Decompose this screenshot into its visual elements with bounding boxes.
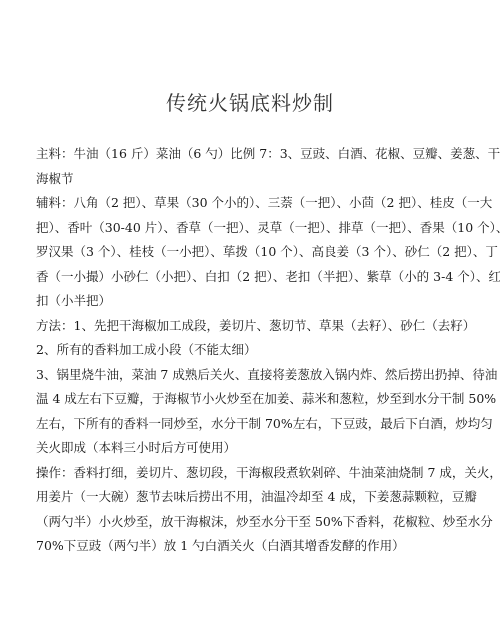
document-title: 传统火锅底料炒制 [0, 87, 500, 116]
text-line: 方法：1、先把干海椒加工成段，姜切片、葱切节、草果（去籽）、砂仁（去籽） [36, 314, 476, 339]
text-line: 2、所有的香料加工成小段（不能太细） [36, 338, 476, 363]
text-line: 辅料：八角（2 把）、草果（30 个小的）、三萘（一把）、小茴（2 把）、桂皮（… [36, 191, 476, 216]
text-line: 主料：牛油（16 斤）菜油（6 勺）比例 7：3、豆豉、白酒、花椒、豆瓣、姜葱、… [36, 142, 476, 167]
text-line: 香（一小撮）小砂仁（小把）、白扣（2 把）、老扣（半把）、紫草（小的 3-4 个… [36, 265, 476, 290]
text-line: 把）、香叶（30-40 片）、香草（一把）、灵草（一把）、排草（一把）、香果（1… [36, 216, 476, 241]
text-line: 操作：香料打细，姜切片、葱切段，干海椒段煮软剁碎、牛油菜油烧制 7 成，关火， [36, 461, 476, 486]
text-line: 左右，下所有的香料一同炒至，水分干制 70%左右，下豆豉，最后下白酒，炒均匀 [36, 412, 476, 437]
text-line: 罗汉果（3 个）、桂枝（一小把）、荜拨（10 个）、高良姜（3 个）、砂仁（2 … [36, 240, 476, 265]
document-body: 主料：牛油（16 斤）菜油（6 勺）比例 7：3、豆豉、白酒、花椒、豆瓣、姜葱、… [36, 142, 476, 559]
text-line: 用姜片（一大碗）葱节去味后捞出不用，油温冷却至 4 成，下姜葱蒜颗粒，豆瓣 [36, 485, 476, 510]
text-line: （两勺半）小火炒至，放干海椒沫，炒至水分干至 50%下香料，花椒粒、炒至水分 [36, 510, 476, 535]
text-line: 关火即成（本料三小时后方可使用） [36, 436, 476, 461]
text-line: 海椒节 [36, 167, 476, 192]
text-line: 温 4 成左右下豆瓣，于海椒节小火炒至在加姜、蒜米和葱粒，炒至到水分干制 50% [36, 387, 476, 412]
text-line: 70%下豆豉（两勺半）放 1 勺白酒关火（白酒其增香发酵的作用） [36, 534, 476, 559]
text-line: 扣（小半把） [36, 289, 476, 314]
text-line: 3、锅里烧牛油，菜油 7 成熟后关火、直接将姜葱放入锅内炸、然后捞出扔掉、待油 [36, 363, 476, 388]
